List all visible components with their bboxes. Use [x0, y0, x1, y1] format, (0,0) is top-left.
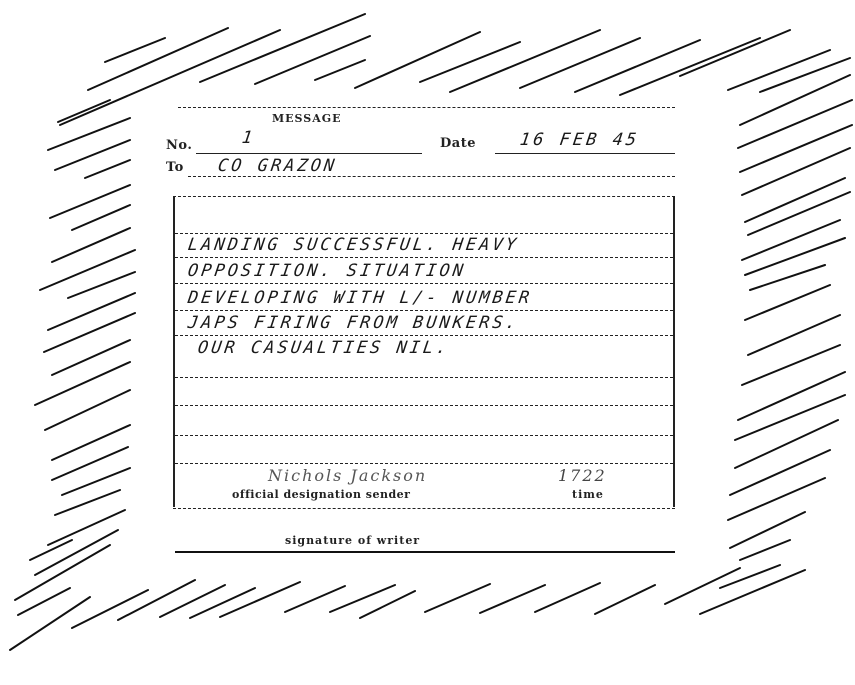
message-line: OUR CASUALTIES NIL. — [197, 338, 451, 358]
date-underline — [495, 153, 675, 154]
message-line: JAPS FIRING FROM BUNKERS. — [187, 313, 521, 333]
number-value: 1 — [241, 128, 257, 148]
time-label: time — [572, 488, 604, 501]
message-line: LANDING SUCCESSFUL. HEAVY — [187, 235, 521, 255]
message-line: OPPOSITION. SITUATION — [187, 261, 468, 281]
line-rule — [175, 233, 673, 234]
message-form: MESSAGE No. 1 Date 16 FEB 45 To CO GRAZO… — [160, 100, 680, 560]
line-rule — [175, 310, 673, 311]
number-underline — [196, 153, 422, 154]
to-underline — [188, 176, 675, 177]
form-title: MESSAGE — [272, 112, 342, 125]
date-value: 16 FEB 45 — [519, 130, 641, 150]
official-designation-label: official designation sender — [232, 488, 410, 501]
line-rule — [175, 463, 673, 464]
line-rule — [175, 405, 673, 406]
number-label: No. — [166, 138, 192, 153]
box-top-rule — [173, 196, 675, 197]
designation-underline — [173, 508, 675, 509]
line-rule — [175, 435, 673, 436]
time-value: 1722 — [558, 466, 607, 485]
signature-value: Nichols Jackson — [268, 466, 427, 485]
signature-of-writer-label: signature of writer — [285, 534, 420, 547]
line-rule — [175, 257, 673, 258]
date-label: Date — [440, 136, 476, 151]
message-line: DEVELOPING WITH L/- NUMBER — [187, 288, 534, 308]
line-rule — [175, 335, 673, 336]
signature-of-writer-line — [175, 551, 675, 553]
line-rule — [175, 377, 673, 378]
top-rule — [178, 107, 675, 108]
to-label: To — [166, 160, 184, 175]
line-rule — [175, 283, 673, 284]
to-value: CO GRAZON — [217, 156, 339, 176]
